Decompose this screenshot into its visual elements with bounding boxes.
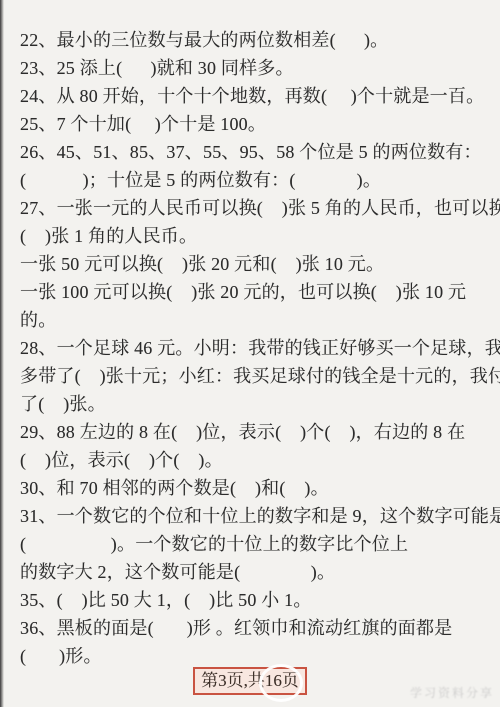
- problem-line-25: 25、7 个十加( )个十是 100。: [20, 110, 494, 138]
- problem-line-35: 35、( )比 50 大 1，( )比 50 小 1。: [20, 586, 494, 614]
- problem-line-31-cont1: ( )。一个数它的十位上的数字比个位上: [20, 530, 494, 558]
- problem-line-27-sub1: 一张 50 元可以换( )张 20 元和( )张 10 元。: [20, 250, 494, 278]
- problem-line-27: 27、一张一元的人民币可以换( )张 5 角的人民币，也可以换: [20, 194, 494, 222]
- worksheet-body: 22、最小的三位数与最大的两位数相差( )。 23、25 添上( )就和 30 …: [20, 26, 494, 670]
- problem-line-31-cont2: 的数字大 2，这个数可能是( )。: [20, 558, 494, 586]
- scan-edge-shadow: [0, 0, 4, 707]
- problem-line-29-cont: ( )位，表示( )个( )。: [20, 446, 494, 474]
- problem-line-26-cont: ( )；十位是 5 的两位数有：( )。: [20, 166, 494, 194]
- problem-line-27-sub2-cont: 的。: [20, 306, 494, 334]
- problem-line-28-cont1: 多带了( )张十元；小红：我买足球付的钱全是十元的，我付: [20, 362, 494, 390]
- problem-line-30: 30、和 70 相邻的两个数是( )和( )。: [20, 474, 494, 502]
- problem-line-29: 29、88 左边的 8 在( )位，表示( )个( )，右边的 8 在: [20, 418, 494, 446]
- problem-line-23: 23、25 添上( )就和 30 同样多。: [20, 54, 494, 82]
- problem-line-24: 24、从 80 开始，十个十个地数，再数( )个十就是一百。: [20, 82, 494, 110]
- problem-line-27-cont: ( )张 1 角的人民币。: [20, 222, 494, 250]
- footer: 第3页,共16页: [0, 667, 500, 695]
- problem-line-28: 28、一个足球 46 元。小明：我带的钱正好够买一个足球，我最: [20, 334, 494, 362]
- page-indicator: 第3页,共16页: [193, 667, 307, 695]
- problem-line-36: 36、黑板的面是( )形 。红领巾和流动红旗的面都是: [20, 614, 494, 642]
- problem-line-26: 26、45、51、85、37、55、95、58 个位是 5 的两位数有：: [20, 138, 494, 166]
- problem-line-31: 31、一个数它的个位和十位上的数字和是 9，这个数字可能是: [20, 502, 494, 530]
- scanned-worksheet-page: 22、最小的三位数与最大的两位数相差( )。 23、25 添上( )就和 30 …: [0, 0, 500, 707]
- problem-line-28-cont2: 了( )张。: [20, 390, 494, 418]
- problem-line-36-cont: ( )形。: [20, 642, 494, 670]
- problem-line-27-sub2: 一张 100 元可以换( )张 20 元的，也可以换( )张 10 元: [20, 278, 494, 306]
- problem-line-22: 22、最小的三位数与最大的两位数相差( )。: [20, 26, 494, 54]
- page-indicator-text: 第3页,共16页: [201, 671, 299, 690]
